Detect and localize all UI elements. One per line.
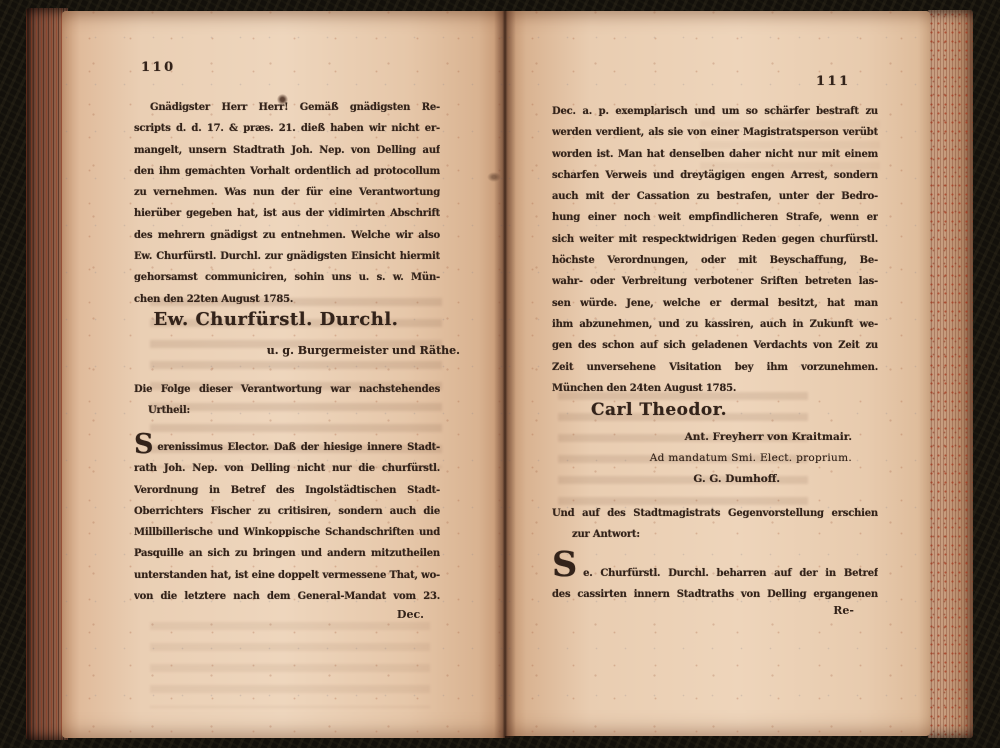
open-book-photo: 110 Gnädigster Herr Herr! Gemäß gnädigst… <box>0 0 1000 748</box>
right-paragraph-intro: Und auf des Stadtmagistrats Gegenvorstel… <box>552 503 878 546</box>
text-line: mangelt, unsern Stadtrath Joh. Nep. von … <box>134 140 440 161</box>
text-line: hierüber gegeben hat, ist aus der vidimi… <box>134 203 440 224</box>
text-line-with-initial: S e. Churfürstl. Durchl. beharren auf de… <box>552 563 878 584</box>
text-line: Gnädigster Herr Herr! Gemäß gnädigsten R… <box>134 97 440 118</box>
text-line: unterstanden hat, ist eine doppelt verme… <box>134 565 440 586</box>
right-page-number: 111 <box>816 74 851 89</box>
left-paragraph-intro: Die Folge dieser Verantwortung war nachs… <box>134 379 440 422</box>
text-line: Urtheil: <box>134 400 440 421</box>
paragraph-lines: des cassirten innern Stadtraths von Dell… <box>552 584 878 605</box>
left-paragraph-report: Gnädigster Herr Herr! Gemäß gnädigsten R… <box>134 97 440 310</box>
text-line: worden ist. Man hat denselben daher nich… <box>552 144 878 165</box>
text-line: Und auf des Stadtmagistrats Gegenvorstel… <box>552 503 878 524</box>
text-line: gehorsamst communiciren, sohin uns u. s.… <box>134 267 440 288</box>
right-catchword: Re- <box>552 604 878 617</box>
text-line: höchste Verordnungen, oder mit Beyschaff… <box>552 250 878 271</box>
right-heading-carl-theodor: Carl Theodor. <box>552 400 878 420</box>
drop-cap-initial: S <box>134 434 153 455</box>
left-paragraph-verdict: S erenissimus Elector. Daß der hiesige i… <box>134 437 440 607</box>
text-line: Millbillerische und Winkoppische Schands… <box>134 522 440 543</box>
text-line: Zeit unversehene Visitation bey ihm vorz… <box>552 357 878 378</box>
text-line: scharfen Verweis und dreytägigen engen A… <box>552 165 878 186</box>
signature-line: Ant. Freyherr von Kraitmair. <box>552 427 852 448</box>
text-line: zur Antwort: <box>552 524 878 545</box>
text-line: Pasquille an sich zu bringen und andern … <box>134 543 440 564</box>
signature-line: G. G. Dumhoff. <box>552 469 852 490</box>
text-line: chen den 22ten August 1785. <box>134 289 440 310</box>
text-line: Ew. Churfürstl. Durchl. zur gnädigsten E… <box>134 246 440 267</box>
text-line: von die letztere nach dem General-Mandat… <box>134 586 440 607</box>
text-line: erenissimus Elector. Daß der hiesige inn… <box>157 437 440 458</box>
text-line: sich weiter mit respecktwidrigen Reden g… <box>552 229 878 250</box>
text-line: Verordnung in Betref des Ingolstädtische… <box>134 480 440 501</box>
text-line: Oberrichters Fischer zu critisiren, sond… <box>134 501 440 522</box>
text-line: Dec. a. p. exemplarisch und um so schärf… <box>552 101 878 122</box>
text-line: hung einer noch weit empfindlicheren Str… <box>552 207 878 228</box>
left-catchword: Dec. <box>134 608 440 621</box>
paragraph-lines: rath Joh. Nep. von Delling nicht nur die… <box>134 458 440 607</box>
signature-line: Ad mandatum Smi. Elect. proprium. <box>552 448 852 469</box>
text-line: scripts d. d. 17. & præs. 21. dieß haben… <box>134 118 440 139</box>
left-heading-address: Ew. Churfürstl. Durchl. <box>134 309 440 330</box>
right-paragraph-answer: S e. Churfürstl. Durchl. beharren auf de… <box>552 563 878 606</box>
left-page-number: 110 <box>141 60 176 75</box>
text-line: Die Folge dieser Verantwortung war nachs… <box>134 379 440 400</box>
text-line: zu vernehmen. Was nun der für eine Veran… <box>134 182 440 203</box>
page-content: 110 Gnädigster Herr Herr! Gemäß gnädigst… <box>0 0 1000 748</box>
drop-cap-initial: S <box>552 554 577 575</box>
text-line: rath Joh. Nep. von Delling nicht nur die… <box>134 458 440 479</box>
text-line: sen würde. Jene, welche er dermal besitz… <box>552 293 878 314</box>
text-line: werden verdient, als sie von einer Magis… <box>552 122 878 143</box>
right-paragraph-decree: Dec. a. p. exemplarisch und um so schärf… <box>552 101 878 399</box>
left-subheading-signature: u. g. Burgermeister und Räthe. <box>134 344 460 357</box>
text-line: des cassirten innern Stadtraths von Dell… <box>552 584 878 605</box>
text-line: gen des schon auf sich geladenen Verdach… <box>552 335 878 356</box>
text-line: München den 24ten August 1785. <box>552 378 878 399</box>
text-line: auch mit der Cassation zu bestrafen, unt… <box>552 186 878 207</box>
text-line: des mehrern gnädigst zu entnehmen. Welch… <box>134 225 440 246</box>
text-line: ihm abzunehmen, und zu kassiren, auch in… <box>552 314 878 335</box>
text-line-with-initial: S erenissimus Elector. Daß der hiesige i… <box>134 437 440 458</box>
text-line: e. Churfürstl. Durchl. beharren auf der … <box>583 563 878 584</box>
right-signature-block: Ant. Freyherr von Kraitmair.Ad mandatum … <box>552 427 852 489</box>
text-line: wahr- oder Verbreitung verbotener Srifte… <box>552 271 878 292</box>
text-line: den ihm gemachten Vorhalt ordentlich ad … <box>134 161 440 182</box>
